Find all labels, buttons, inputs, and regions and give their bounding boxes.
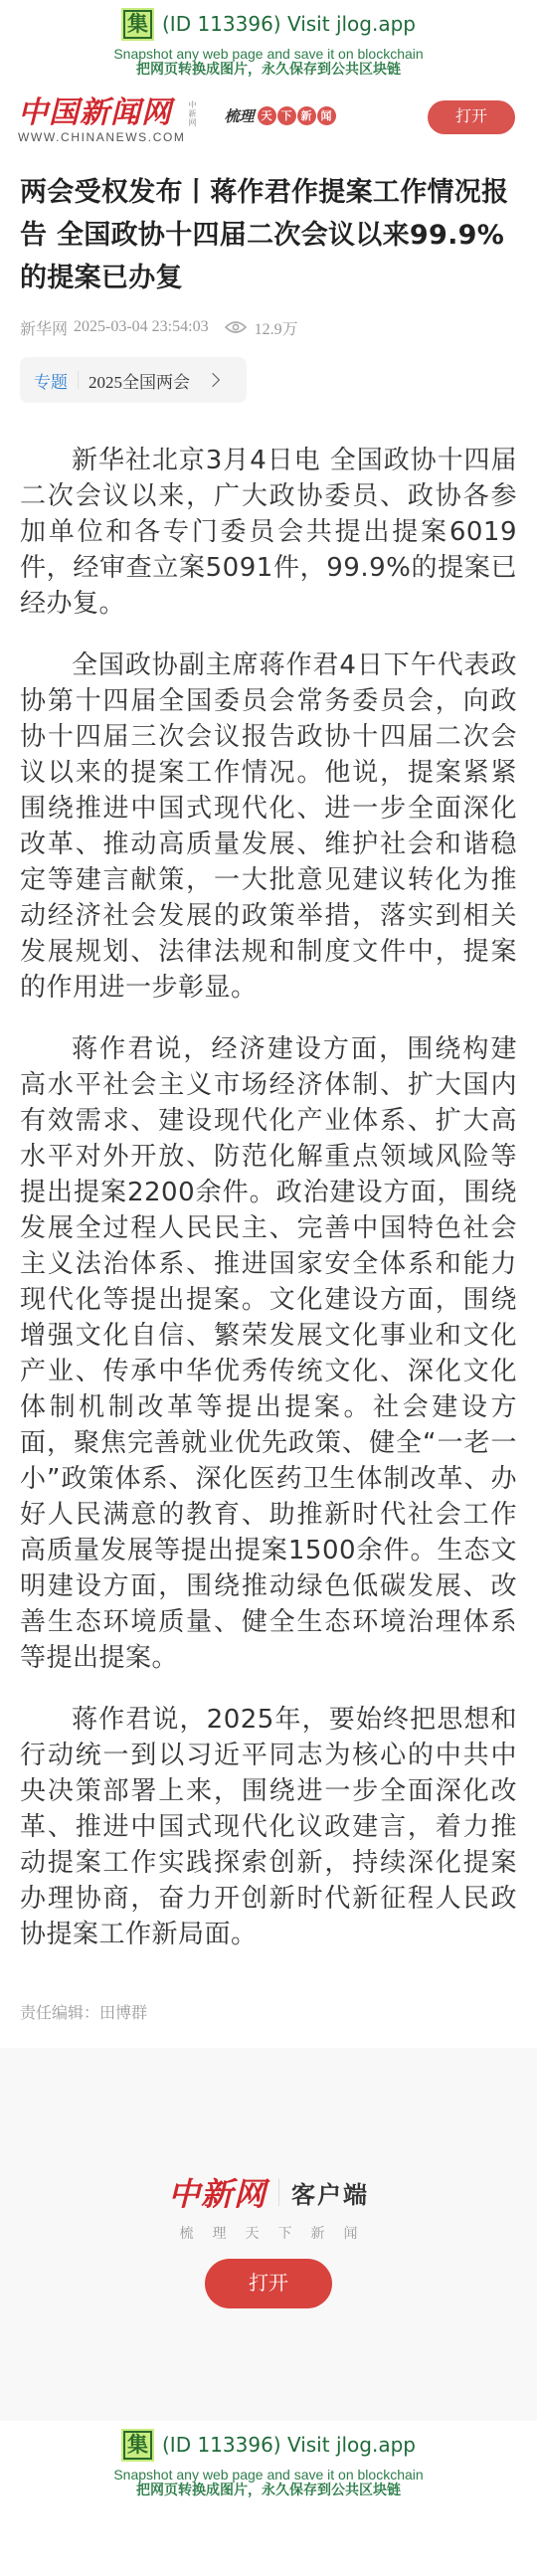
topic-name: 2025全国两会 bbox=[89, 368, 190, 393]
jlog-badge-glyph: 集 bbox=[123, 10, 152, 39]
jlog-line: 集 (ID 113396) Visit jlog.app bbox=[0, 2427, 537, 2463]
jlog-tagline-en: Snapshot any web page and save it on blo… bbox=[0, 46, 537, 62]
promo-client-label: 客户端 bbox=[291, 2175, 369, 2210]
logo-main: 中国新闻网 WWW.CHINANEWS.COM bbox=[18, 97, 186, 144]
slogan-seal: 下 bbox=[277, 106, 296, 125]
open-app-button[interactable]: 打开 bbox=[428, 100, 515, 134]
article: 两会受权发布丨蒋作君作提案工作情况报告 全国政协十四届二次会议以来99.9%的提… bbox=[0, 171, 537, 2024]
jlog-id-link[interactable]: (ID 113396) Visit jlog.app bbox=[162, 2433, 416, 2457]
slogan-ink-text: 梳理 bbox=[225, 105, 255, 126]
logo-vertical-text: 中新网 bbox=[189, 100, 199, 127]
jlog-tagline-zh: 把网页转换成图片，永久保存到公共区块链 bbox=[0, 62, 537, 79]
chinanews-logo[interactable]: 中国新闻网 WWW.CHINANEWS.COM 中新网 bbox=[18, 97, 199, 144]
logo-text: 中国新闻网 bbox=[18, 97, 186, 129]
slogan-seal: 天 bbox=[258, 106, 276, 125]
jlog-badge-icon: 集 bbox=[121, 2429, 154, 2462]
jlog-tagline-zh: 把网页转换成图片，永久保存到公共区块链 bbox=[0, 2483, 537, 2499]
header-slogan: 梳理 天 下 新 闻 bbox=[225, 105, 337, 126]
slogan-seal: 闻 bbox=[317, 106, 336, 125]
eye-icon bbox=[225, 320, 247, 334]
article-body: 新华社北京3月4日电 全国政协十四届二次会议以来，广大政协委员、政协各参加单位和… bbox=[20, 443, 517, 1952]
topic-link[interactable]: 专题 2025全国两会 bbox=[20, 357, 247, 403]
app-promo: 中新网 客户端 梳理天下新闻 打开 bbox=[0, 2048, 537, 2421]
jlog-banner-bottom: 集 (ID 113396) Visit jlog.app Snapshot an… bbox=[0, 2421, 537, 2510]
jlog-line: 集 (ID 113396) Visit jlog.app bbox=[0, 6, 537, 42]
article-title: 两会受权发布丨蒋作君作提案工作情况报告 全国政协十四届二次会议以来99.9%的提… bbox=[20, 171, 517, 299]
site-header: 中国新闻网 WWW.CHINANEWS.COM 中新网 梳理 天 下 新 闻 打… bbox=[0, 90, 537, 151]
jlog-id-link[interactable]: (ID 113396) Visit jlog.app bbox=[162, 12, 416, 36]
article-source: 新华网 bbox=[20, 316, 68, 339]
topic-divider bbox=[78, 371, 79, 389]
article-paragraph: 蒋作君说，2025年，要始终把思想和行动统一到以习近平同志为核心的中共中央决策部… bbox=[20, 1702, 517, 1952]
article-datetime: 2025-03-04 23:54:03 bbox=[74, 318, 209, 336]
promo-logo: 中新网 bbox=[168, 2169, 267, 2215]
chevron-right-icon bbox=[206, 373, 220, 387]
promo-open-button[interactable]: 打开 bbox=[205, 2259, 332, 2308]
responsible-editor: 责任编辑：田博群 bbox=[20, 2000, 517, 2024]
logo-url: WWW.CHINANEWS.COM bbox=[18, 130, 186, 144]
article-paragraph: 蒋作君说，经济建设方面，围绕构建高水平社会主义市场经济体制、扩大国内有效需求、建… bbox=[20, 1031, 517, 1676]
promo-divider bbox=[278, 2178, 279, 2206]
jlog-badge-glyph: 集 bbox=[123, 2431, 152, 2460]
view-count: 12.9万 bbox=[255, 316, 298, 339]
topic-label: 专题 bbox=[34, 368, 68, 393]
article-paragraph: 新华社北京3月4日电 全国政协十四届二次会议以来，广大政协委员、政协各参加单位和… bbox=[20, 443, 517, 622]
promo-brand: 中新网 客户端 bbox=[168, 2169, 369, 2215]
article-meta: 新华网 2025-03-04 23:54:03 12.9万 bbox=[20, 315, 517, 339]
jlog-banner-top: 集 (ID 113396) Visit jlog.app Snapshot an… bbox=[0, 0, 537, 90]
jlog-tagline-en: Snapshot any web page and save it on blo… bbox=[0, 2467, 537, 2483]
jlog-badge-icon: 集 bbox=[121, 8, 154, 41]
promo-slogan: 梳理天下新闻 bbox=[161, 2223, 377, 2243]
article-paragraph: 全国政协副主席蒋作君4日下午代表政协第十四届全国委员会常务委员会，向政协十四届三… bbox=[20, 647, 517, 1006]
slogan-seal: 新 bbox=[297, 106, 316, 125]
